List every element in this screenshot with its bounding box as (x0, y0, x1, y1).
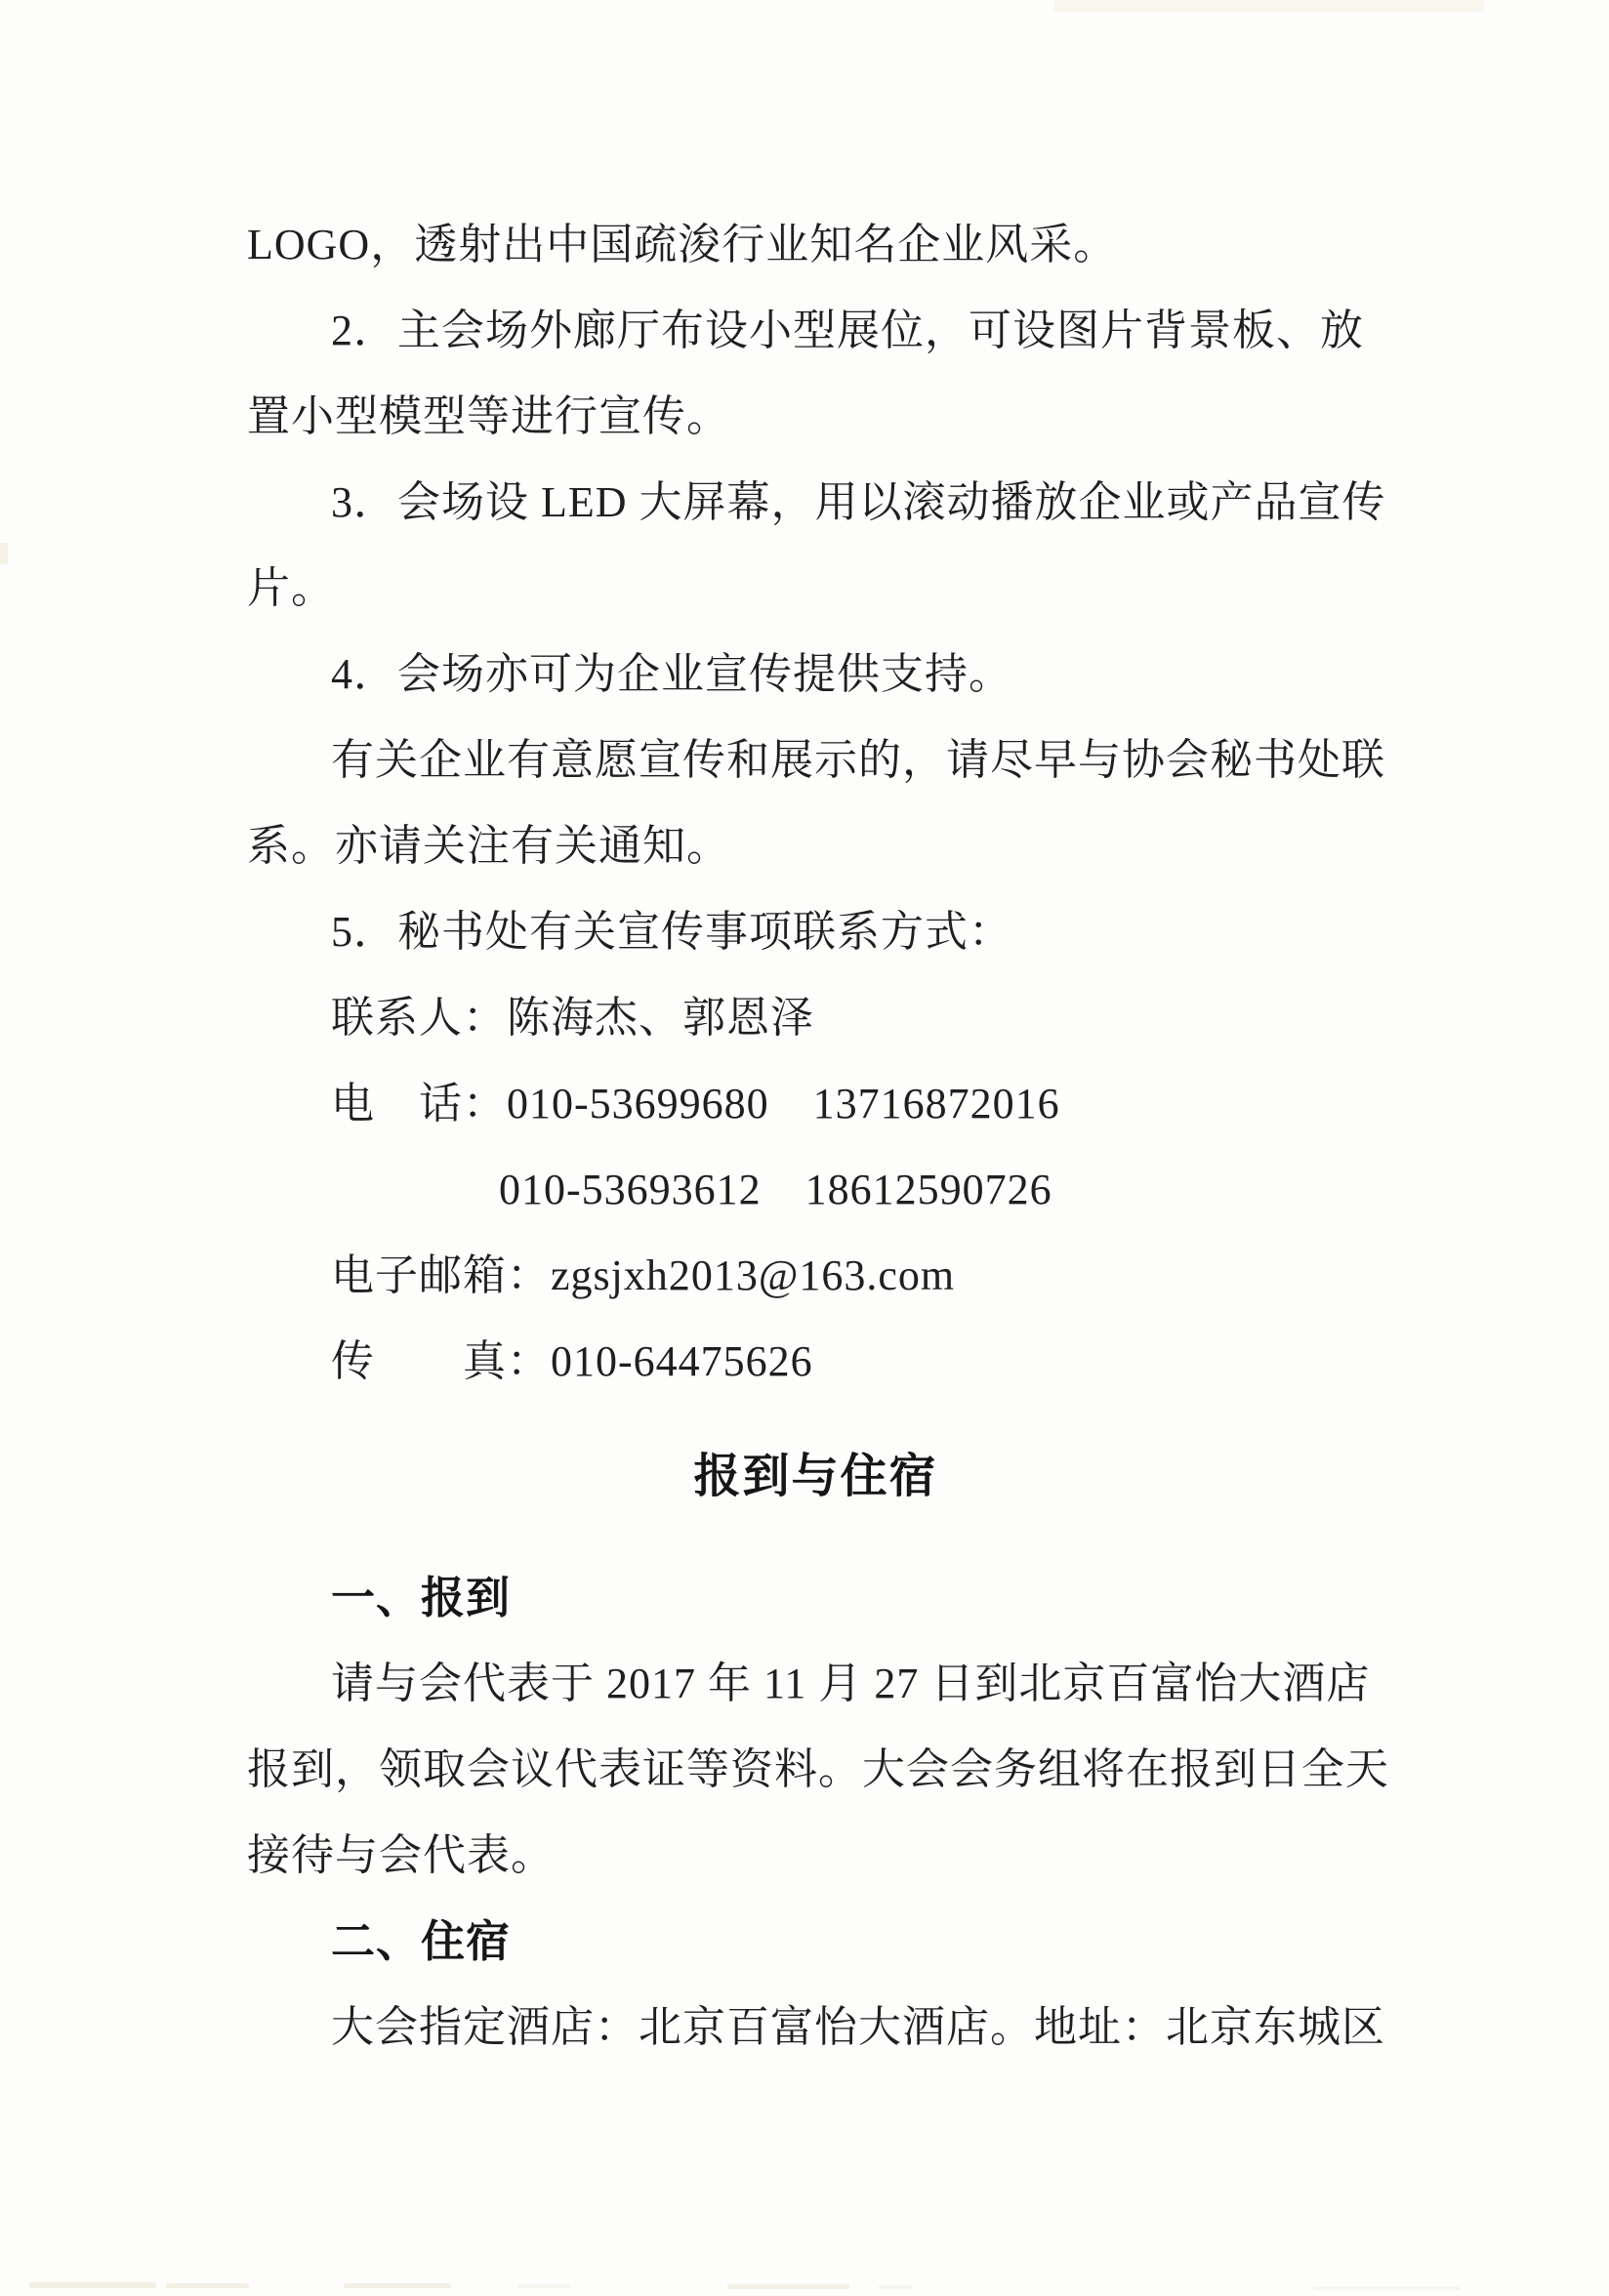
text-line: 电 话：010-53699680 13716872016 (247, 1061, 1384, 1147)
scan-artifact (517, 2284, 571, 2288)
scan-artifact (0, 543, 8, 564)
text-line: 联系人：陈海杰、郭恩泽 (247, 975, 1384, 1061)
section-title: 报到与住宿 (247, 1434, 1384, 1520)
text-line: 请与会代表于 2017 年 11 月 27 日到北京百富怡大酒店 (247, 1641, 1384, 1727)
section-heading: 二、住宿 (247, 1899, 1384, 1985)
scan-artifact (1054, 0, 1484, 12)
text-line: 系。亦请关注有关通知。 (247, 803, 1384, 889)
text-line: 置小型模型等进行宣传。 (247, 374, 1384, 460)
text-line: 010-53693612 18612590726 (247, 1147, 1384, 1233)
text-line: 报到，领取会议代表证等资料。大会会务组将在报到日全天 (247, 1727, 1384, 1813)
text-line: 传 真：010-64475626 (247, 1319, 1384, 1405)
scan-artifact (166, 2283, 249, 2288)
scan-artifact (344, 2283, 451, 2288)
scan-artifact (879, 2285, 913, 2289)
document-body: LOGO，透射出中国疏浚行业知名企业风采。2．主会场外廊厅布设小型展位，可设图片… (247, 202, 1384, 2070)
text-line: 4．会场亦可为企业宣传提供支持。 (247, 632, 1384, 717)
text-line: 电子邮箱：zgsjxh2013@163.com (247, 1233, 1384, 1319)
text-line: 接待与会代表。 (247, 1813, 1384, 1899)
scan-artifact (727, 2284, 849, 2289)
document-page: LOGO，透射出中国疏浚行业知名企业风采。2．主会场外廊厅布设小型展位，可设图片… (0, 0, 1609, 2296)
text-line: 大会指定酒店：北京百富怡大酒店。地址：北京东城区 (247, 1985, 1384, 2070)
scan-artifact (29, 2282, 156, 2288)
scan-artifact (1313, 2286, 1460, 2290)
text-line: LOGO，透射出中国疏浚行业知名企业风采。 (247, 202, 1384, 288)
text-line: 2．主会场外廊厅布设小型展位，可设图片背景板、放 (247, 288, 1384, 374)
text-line: 3．会场设 LED 大屏幕，用以滚动播放企业或产品宣传 (247, 460, 1384, 546)
section-heading: 一、报到 (247, 1555, 1384, 1641)
text-line: 片。 (247, 546, 1384, 632)
text-line: 5．秘书处有关宣传事项联系方式： (247, 889, 1384, 975)
text-line: 有关企业有意愿宣传和展示的，请尽早与协会秘书处联 (247, 717, 1384, 803)
